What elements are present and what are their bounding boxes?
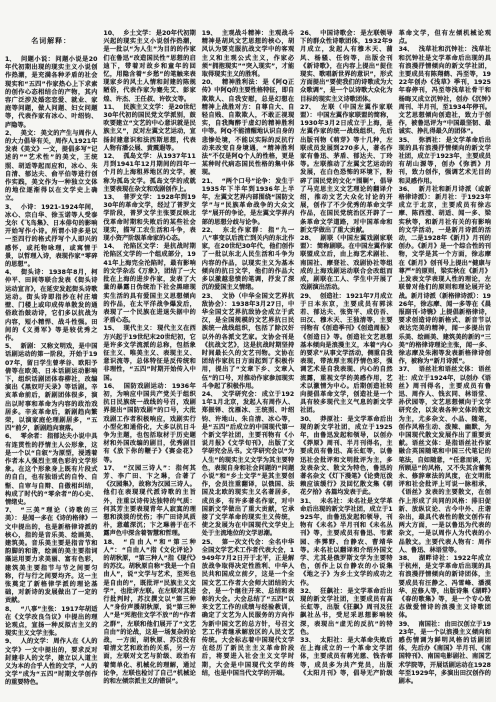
entry-term: 零余者： (21, 433, 46, 440)
entry-text: 是闻一多在《诗的格律》一文中提出的，也是新格律诗派的核心，指的是音乐美、绘画美、… (5, 515, 97, 604)
glossary-entry: 30、莽原社：是文学革命后出现的新文学社团，成立于1925年，由鲁迅发起和领导，… (300, 416, 392, 498)
entry-number: 11、 (103, 104, 118, 112)
glossary-entry: 24、文学研究会：成立于1921年1月北京，发起人有周作人、郑振铎、沈雁冰、王统… (202, 391, 294, 539)
entry-text: 全名中华全国文学艺术工作者代表大会，1949年7月2日开于北平，正是解放战争取得… (202, 539, 294, 677)
entry-text: 是左联领导下的群众性诗歌团体，1932年9月成立，发起人有穆木天、蒲风、杨骚、任… (300, 30, 392, 103)
entry-text: 问题小说是20年代初期出现的现实主义小说创作热潮，是充满各种矛盾的社会现实和“五… (5, 56, 97, 129)
entry-text: 周作人在《人的文学》一文中提出的，要求反对封建非人的文学，建立以人道主义为本的合… (5, 638, 97, 686)
entry-number: 10、 (103, 30, 118, 38)
entry-text: 是《阿Q正传》中阿Q的主要性格特征，即自欺欺人、自我安慰，总是幻想在精神上战胜对… (202, 79, 294, 176)
glossary-entry: 18、“自由人”和“第三种人”：“自由人”指《文化评论》的胡秋原，“第三种人”指… (103, 539, 195, 687)
entry-text: 是抗战时期沦陷区文学的一个组成部分，1941年上海完全沦陷时，最有影响的文学杂志… (103, 243, 195, 324)
glossary-entry: 37、语丝社和语丝文体：语丝社：成立于1924年，以创办《语丝》周刊得名，主要成… (399, 366, 491, 555)
entry-term: 问题小说： (21, 56, 55, 63)
glossary-entry: 22、东北作家群：指“九一八”事变以后流亡到关内的东北作家，在20世纪30年代，… (202, 227, 294, 293)
glossary-entry: 7、“三美”理论（诗歌的三美）：是闻一多在《诗的格律》一文中提出的，也是新格律诗… (5, 507, 97, 605)
glossary-entry: 25、第一次文代会：全名中华全国文学艺术工作者代表大会，1949年7月2日开于北… (202, 539, 294, 678)
entry-term: 浅草社和沉钟社： (418, 46, 470, 53)
entry-number: 29、 (300, 293, 315, 301)
entry-term: 沦陷区文学： (123, 243, 162, 250)
entry-text: 新月社：于1923年成立于北京，主要成员有徐志摩、陈西滢、胡适、闻一多、梁实秋等… (399, 194, 491, 365)
entry-number: 35、 (399, 137, 414, 145)
glossary-entry: 20、精神胜利法：是《阿Q正传》中阿Q的主要性格特征，即自欺欺人、自我安慰，总是… (202, 79, 294, 177)
entry-term: “两个口号”论争： (222, 178, 275, 185)
glossary-entry: 14、沦陷区文学：是抗战时期沦陷区文学的一个组成部分，1941年上海完全沦陷时，… (103, 243, 195, 325)
entry-number: 30、 (300, 416, 315, 424)
entry-term: 精神胜利法： (222, 79, 262, 86)
glossary-entry: 35、弥洒社：是文学革命后出现的具有浪漫抒情倾向的新文学社团，成立于1923年，… (399, 137, 491, 186)
entry-term: 小诗： (21, 204, 41, 211)
entry-term: “汉园三诗人”： (123, 465, 174, 472)
entry-term: 弥洒社： (418, 137, 444, 144)
entry-text: 1921-1924年间，冰心、宗白华、徐玉诺等人受泰戈尔《飞鸟集》、日本俳句的影… (5, 204, 97, 268)
glossary-entry: 1、问题小说：问题小说是20年代初期出现的现实主义小说创作热潮，是充满各种矛盾的… (5, 56, 97, 130)
glossary-entry: 5、新剧：又称文明戏，是中国话剧运动的第一阶段，开始于1907年，留日学生曾孝谷… (5, 343, 97, 433)
glossary-entry: 29、创造社：1921年7月成立于日本东京，主要成员有郭沫若、郁达夫、张资平、成… (300, 293, 392, 416)
entry-text: 语丝社：成立于1924年，以创办《语丝》周刊得名，主要成员有鲁迅、周作人、钱玄同… (399, 366, 491, 553)
entry-term: 美文： (21, 130, 40, 137)
entry-text: 浅草社和沉钟社是文学革命后出现的具有浪漫抒情倾向的新文学社团，主要成员有陈翔鹤、… (399, 46, 491, 135)
entry-text: 主观战斗精神是胡风文艺思想的核心，胡风认为要克服抗战文学中的客观主义和主观公式主… (202, 30, 294, 78)
glossary-entry: 16、国防戏剧运动：1936年初，为响应中国共产党关于组织抗日民族统一战线的号召… (103, 383, 195, 465)
entry-term: 普罗文学： (123, 194, 156, 201)
entry-text: 成立于1921年1月北京，发起人有周作人、郑振铎、沈雁冰、王统照、叶绍钧、许地山… (202, 391, 294, 537)
entry-text: 1936年初，为响应中国共产党关于组织抗日民族统一战线的号召，戏剧界提出“国防戏… (103, 383, 195, 464)
entry-text: 指何其芳、李广田、卞之琳，合著了《汉园集》，故称为汉园三诗人。他们在表现现代派诗… (103, 465, 195, 538)
glossary-entry: 21、“两个口号”论争：发生于1935年下半年到1936年上半年，左翼文艺界内部… (202, 178, 294, 227)
entry-number: 32、 (300, 588, 315, 596)
entry-text: 未名社是文学革命后出现的新文学社团，成立于1925年，由鲁迅发起和领导，刊物有《… (300, 498, 392, 587)
entry-term: 主观战斗精神： (222, 30, 268, 37)
entry-number: 1、 (5, 56, 16, 64)
entry-number: 39、 (399, 621, 414, 629)
glossary-entry: 34、浅草社和沉钟社：浅草社和沉钟社是文学革命后出现的具有浪漫抒情倾向的新文学社… (399, 46, 491, 136)
entry-term: 湖畔诗社： (418, 555, 452, 562)
entry-number: 19、 (202, 30, 217, 38)
entry-text: “自由人”指《文化评论》的胡秋原，“第三种人”指《现代》的苏汶。胡秋原自称“我是… (103, 547, 195, 685)
entry-term: 人的文学： (21, 638, 53, 645)
glossary-entry: 26、中国诗歌会：是左联领导下的群众性诗歌团体，1932年9月成立，发起人有穆木… (300, 30, 392, 104)
entry-number: 6、 (5, 433, 16, 441)
columns: 名词解释： 1、问题小说：问题小说是20年代初期出现的现实主义小说创作热潮，是充… (5, 30, 491, 694)
entry-number: 36、 (399, 186, 414, 194)
notes-page: 名词解释： 1、问题小说：问题小说是20年代初期出现的现实主义小说创作热潮，是充… (0, 0, 496, 702)
entry-text: 简称剧联。在中国左翼作家联盟成立后，由上海艺术剧社、南国社、摩登社、戏剧协社等组… (300, 243, 392, 291)
entry-text: 由田汉创立于1923年，是一个以浪漫主义倾向和感伤情调为鲜明风格的话剧团体，先后… (399, 621, 491, 685)
entry-text: 是20世纪30年代初的国民党文学派别，鼓吹要建立“文艺的中心意识就是民族主义”，… (103, 104, 195, 152)
glossary-entry: 36、新月社和新月诗派（或新格律诗派）：新月社：于1923年成立于北京，主要成员… (399, 186, 491, 366)
entry-number: 31、 (300, 498, 315, 506)
entry-number: 8、 (5, 606, 16, 614)
entry-term: 南国社： (418, 621, 443, 628)
page-title: 名词解释： (5, 36, 97, 46)
entry-number: 23、 (202, 293, 217, 301)
glossary-entry: 39、南国社：由田汉创立于1923年，是一个以浪漫主义倾向和感伤情调为鲜明风格的… (399, 621, 491, 687)
entry-number: 16、 (103, 383, 118, 391)
entry-term: 现代主义： (123, 325, 156, 332)
glossary-entry: 11、民族主义文学：是20世纪30年代初的国民党文学派别，鼓吹要建立“文艺的中心… (103, 104, 195, 153)
glossary-entries: 1、问题小说：问题小说是20年代初期出现的现实主义小说创作热潮，是充满各种矛盾的… (5, 30, 496, 694)
entry-text: 1928年到1930年的革命文学，经过了普罗文学阶段，普罗文学主张要反映北伐革命… (103, 194, 195, 242)
entry-number: 2、 (5, 130, 16, 138)
entry-term: 中国诗歌会： (320, 30, 359, 37)
glossary-entry: 27、左联（中国左翼作家联盟）：中国左翼作家联盟的简称，1930年3月2日成立于… (300, 104, 392, 235)
entry-term: 孤岛文学： (123, 153, 156, 160)
entry-term: 新剧： (21, 343, 40, 350)
entry-number: 21、 (202, 178, 217, 186)
entry-term: 未名社： (320, 498, 346, 505)
glossary-entry: 31、未名社：未名社是文学革命后出现的新文学社团，成立于1925年，由鲁迅发起和… (300, 498, 392, 588)
glossary-entry: 17、“汉园三诗人”：指何其芳、李广田、卞之琳，合著了《汉园集》，故称为汉园三诗… (103, 465, 195, 539)
glossary-entry: 8、“八事”主张：1917年胡适在《文学改良刍议》中提出的理论观点，宣扬一种反拟… (5, 606, 97, 639)
entry-number: 15、 (103, 325, 118, 333)
entry-number: 25、 (202, 539, 217, 547)
entry-term: 乡土文学： (123, 30, 155, 37)
entry-text: 是文学革命后出现的新文学社团，成立于1925年，由鲁迅发起和领导，以创办《莽原》… (300, 416, 392, 497)
entry-term: 第一次文代会： (222, 539, 268, 546)
entry-number: 26、 (300, 30, 315, 38)
entry-term: 国防戏剧运动： (123, 383, 171, 390)
entry-text: 指“九一八”事变以后流亡到关内的东北作家，在20世纪30年代，他们创作了一批以东… (202, 227, 294, 291)
glossary-entry: 38、湖畔诗社：1922年成立于杭州，是文学革命后出现的具有浪漫抒情倾向的新诗团… (399, 555, 491, 621)
glossary-entry: 10、乡土文学：是20年代初期兴起的现实主义小说创作热潮，是一批以“为人生”为目… (103, 30, 195, 104)
glossary-entry: 15、现代主义：现代主义在西方兴起于19世纪末20世纪初，它是许多文学流派的总称… (103, 325, 195, 382)
entry-text: 1938年3月27日，中华全国文艺界抗敌协会成立于武汉，是全国规模的文艺界抗日民… (202, 301, 294, 390)
entry-number: 33、 (300, 637, 315, 645)
glossary-entry: 12、孤岛文学：从1937年11月到1941年12月期间的四年一个月的上海租界地… (103, 153, 195, 194)
entry-term: 狂飙社： (320, 588, 346, 595)
entry-number: 38、 (399, 555, 414, 563)
entry-text: 中国左翼作家联盟的简称，1930年3月2日成立于上海，是左翼作家的统一战线组织，… (300, 112, 392, 234)
entry-term: 莽原社： (320, 416, 346, 423)
entry-term: 太阳社： (320, 637, 346, 644)
entry-text: 1921年7月成立于日本东京，主要成员有郭沫若、郁达夫、张资平、成仿吾、田汉、穆… (300, 293, 392, 415)
entry-number: 27、 (300, 104, 315, 112)
glossary-entry: 23、文协（中华全国文艺界抗敌协会）：1938年3月27日，中华全国文艺界抗敌协… (202, 293, 294, 391)
entry-term: 街头诗： (21, 269, 48, 276)
entry-number: 18、 (103, 539, 118, 547)
entry-number: 17、 (103, 465, 118, 473)
glossary-entry: 4、街头诗：1938年8月，柯仲平、田间等联合发表《街头诗运动宣言》，在延安发起… (5, 269, 97, 343)
entry-text: 是20年代初期兴起的现实主义小说创作热潮，是一批以“为人生”为目的的作家们在鲁迅… (103, 30, 195, 103)
entry-text: 指郁达夫小说中具有连贯性的抒情主人公形象，这是一个以“自叙”为原型，浸透着作者本… (5, 433, 97, 506)
glossary-entry: 9、人的文学：周作人在《人的文学》一文中提出的，要求反对封建非人的文学，建立以人… (5, 638, 97, 687)
glossary-entry: 3、小诗：1921-1924年间，冰心、宗白华、徐玉诺等人受泰戈尔《飞鸟集》、日… (5, 204, 97, 270)
entry-term: 创造社： (320, 293, 345, 300)
entry-number: 24、 (202, 391, 217, 399)
entry-number: 34、 (399, 46, 414, 54)
entry-text: 现代主义在西方兴起于19世纪末20世纪初，它是许多文学流派的总称，包括象征主义、… (103, 325, 195, 381)
entry-number: 9、 (5, 638, 16, 646)
glossary-entry: 2、美文：美文的产生与周作人的大力倡导有关，周作人1921年发表《美文》一文，提… (5, 130, 97, 204)
entry-term: 民族主义文学： (123, 104, 167, 111)
entry-text: 1938年8月，柯仲平、田间等联合发表《街头诗运动宣言》，在延安发起街头诗歌运动… (5, 269, 97, 342)
entry-text: 1922年成立于杭州，是文学革命后出现的具有浪漫抒情倾向的新诗团体，主要成员有汪… (399, 555, 491, 619)
entry-number: 37、 (399, 366, 414, 374)
glossary-entry: 32、狂飙社：是文学革命后出现的新文学社团，主要成员有高长虹等，出版《狂飙》周刊… (300, 588, 392, 637)
entry-term: 语丝社和语丝文体： (418, 366, 477, 373)
entry-text: 又称文明戏，是中国话剧运动的第一阶段，开始于1907年，留日学生曾孝谷、欧阳予倩… (5, 343, 97, 432)
glossary-entry: 6、零余者：指郁达夫小说中具有连贯性的抒情主人公形象，这是一个以“自叙”为原型，… (5, 433, 97, 507)
entry-text: 美文的产生与周作人的大力倡导有关，周作人1921年发表《美文》一文，提倡多写“记… (5, 130, 97, 203)
glossary-entry: 13、普罗文学：1928年到1930年的革命文学，经过了普罗文学阶段，普罗文学主… (103, 194, 195, 243)
entry-term: 文学研究会： (222, 391, 261, 398)
glossary-entry: 28、剧联（中国左翼戏剧家联盟）：简称剧联。在中国左翼作家联盟成立后，由上海艺术… (300, 235, 392, 292)
entry-number: 22、 (202, 227, 217, 235)
entry-number: 3、 (5, 204, 16, 212)
entry-term: “八事”主张： (21, 606, 61, 613)
glossary-entry: 19、主观战斗精神：主观战斗精神是胡风文艺思想的核心，胡风认为要克服抗战文学中的… (202, 30, 294, 79)
entry-term: 东北作家群： (222, 227, 267, 234)
